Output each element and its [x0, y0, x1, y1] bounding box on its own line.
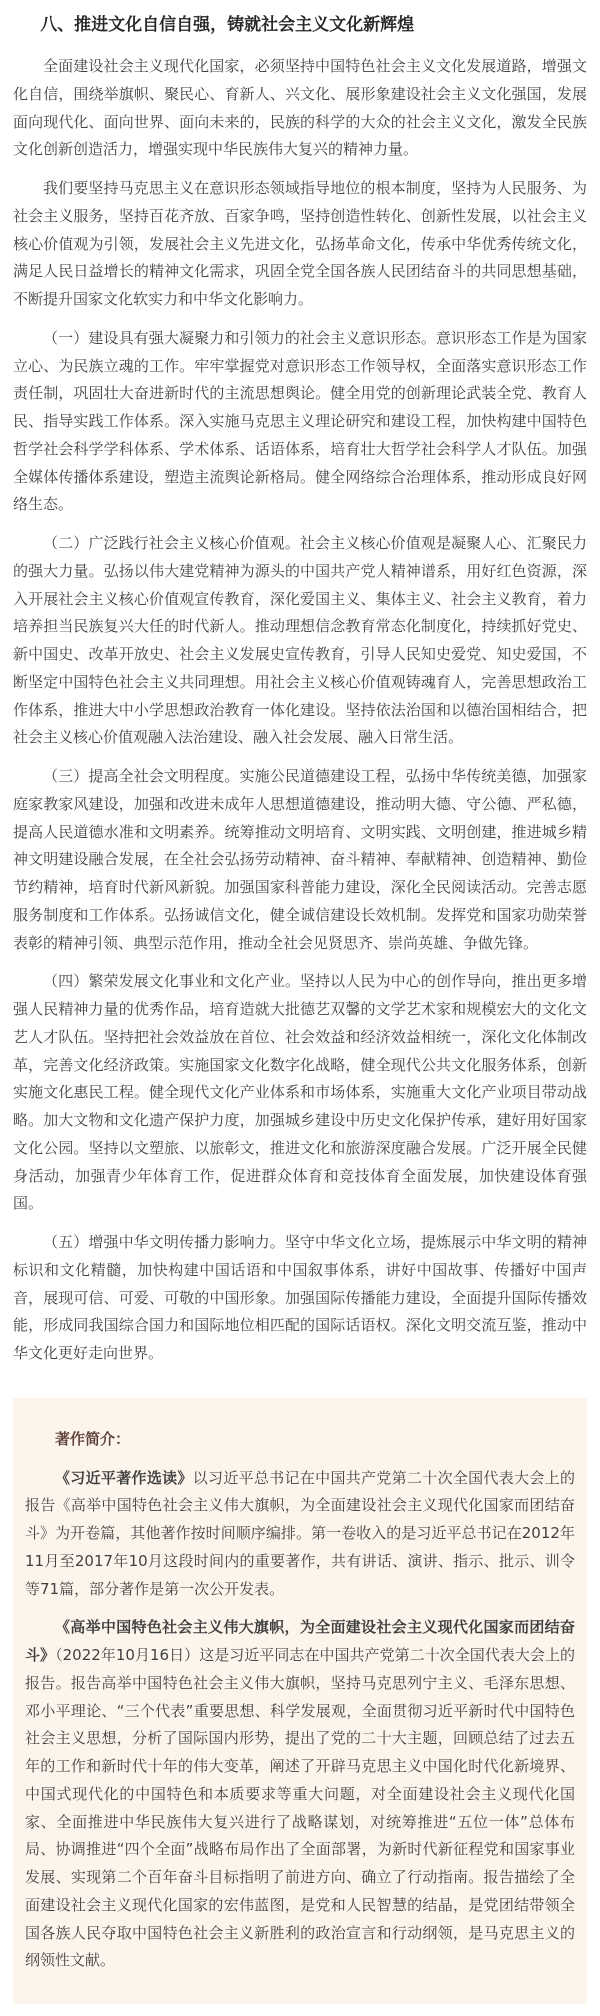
intro-paragraph-1: 《习近平著作选读》以习近平总书记在中国共产党第二十次全国代表大会上的报告《高举中…: [25, 1465, 575, 1604]
article-paragraph-5-section-3: （三）提高全社会文明程度。实施公民道德建设工程，弘扬中华传统美德，加强家庭家教家…: [13, 763, 587, 957]
article-page: 八、推进文化自信自强，铸就社会主义文化新辉煌 全面建设社会主义现代化国家，必须坚…: [0, 0, 600, 2016]
article-paragraph-6-section-4: （四）繁荣发展文化事业和文化产业。坚持以人民为中心的创作导向，推出更多增强人民精…: [13, 968, 587, 1218]
article-paragraph-3-section-1: （一）建设具有强大凝聚力和引领力的社会主义意识形态。意识形态工作是为国家立心、为…: [13, 325, 587, 519]
intro-paragraph-2: 《高举中国特色社会主义伟大旗帜，为全面建设社会主义现代化国家而团结奋斗》（202…: [25, 1614, 575, 1975]
intro-paragraph-2-text: （2022年10月16日）这是习近平同志在中国共产党第二十次全国代表大会上的报告…: [25, 1646, 575, 1969]
intro-box-heading: 著作简介：: [25, 1426, 575, 1454]
book-intro-box: 著作简介： 《习近平著作选读》以习近平总书记在中国共产党第二十次全国代表大会上的…: [13, 1398, 587, 2004]
article-paragraph-1: 全面建设社会主义现代化国家，必须坚持中国特色社会主义文化发展道路，增强文化自信，…: [13, 53, 587, 164]
book-title-xuandu: 《习近平著作选读》: [55, 1469, 193, 1487]
article-paragraph-7-section-5: （五）增强中华文明传播力影响力。坚守中华文化立场，提炼展示中华文明的精神标识和文…: [13, 1229, 587, 1368]
article-paragraph-4-section-2: （二）广泛践行社会主义核心价值观。社会主义核心价值观是凝聚人心、汇聚民力的强大力…: [13, 530, 587, 752]
intro-paragraph-1-text: 以习近平总书记在中国共产党第二十次全国代表大会上的报告《高举中国特色社会主义伟大…: [25, 1469, 575, 1598]
article-paragraph-2: 我们要坚持马克思主义在意识形态领域指导地位的根本制度，坚持为人民服务、为社会主义…: [13, 175, 587, 314]
article-title: 八、推进文化自信自强，铸就社会主义文化新辉煌: [13, 12, 587, 39]
